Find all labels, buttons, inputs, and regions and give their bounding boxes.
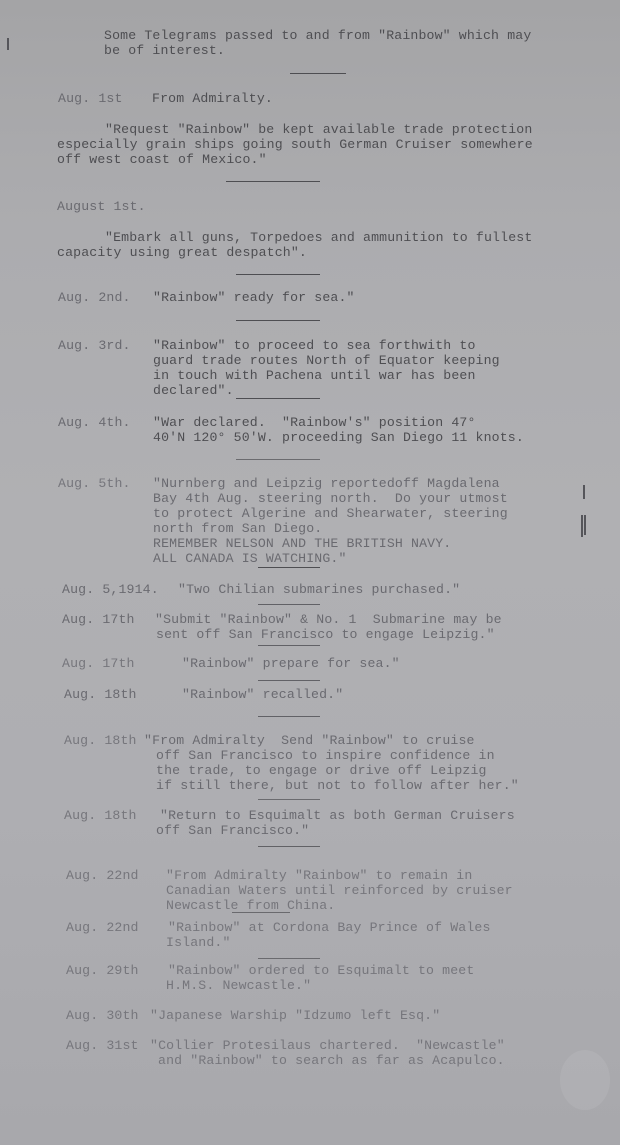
entry-text: to protect Algerine and Shearwater, stee… xyxy=(153,506,508,522)
entry-text: 40'N 120° 50'W. proceeding San Diego 11 … xyxy=(153,430,524,446)
entry-text: "From Admiralty Send "Rainbow" to cruise xyxy=(144,733,475,749)
entry-text: north from San Diego. xyxy=(153,521,322,537)
entry-text: Bay 4th Aug. steering north. Do your utm… xyxy=(153,491,508,507)
entry-text: "Japanese Warship "Idzumo left Esq." xyxy=(150,1008,440,1024)
divider xyxy=(258,799,320,800)
intro-line: Some Telegrams passed to and from "Rainb… xyxy=(104,28,531,44)
entry-text: declared". xyxy=(153,383,234,399)
entry-date: Aug. 30th xyxy=(66,1008,139,1024)
entry-text: From Admiralty. xyxy=(152,91,273,107)
entry-text: guard trade routes North of Equator keep… xyxy=(153,353,500,369)
divider xyxy=(226,181,320,182)
divider xyxy=(232,912,290,913)
entry-text: especially grain ships going south Germa… xyxy=(57,137,533,153)
divider xyxy=(236,320,320,321)
entry-text: "From Admiralty "Rainbow" to remain in xyxy=(166,868,472,884)
entry-text: if still there, but not to follow after … xyxy=(156,778,519,794)
entry-text: "Return to Esquimalt as both German Crui… xyxy=(160,808,515,824)
divider xyxy=(258,604,320,605)
typewritten-page: Some Telegrams passed to and from "Rainb… xyxy=(0,0,620,1145)
entry-text: "Rainbow" ordered to Esquimalt to meet xyxy=(168,963,474,979)
entry-text: Island." xyxy=(166,935,231,951)
intro-line: be of interest. xyxy=(104,43,225,59)
entry-text: off San Francisco to inspire confidence … xyxy=(156,748,495,764)
entry-text: REMEMBER NELSON AND THE BRITISH NAVY. xyxy=(153,536,451,552)
paper-blemish xyxy=(560,1050,610,1110)
entry-text: sent off San Francisco to engage Leipzig… xyxy=(156,627,495,643)
entry-date: Aug. 22nd xyxy=(66,920,139,936)
entry-text: off San Francisco." xyxy=(156,823,309,839)
entry-text: Canadian Waters until reinforced by crui… xyxy=(166,883,513,899)
divider xyxy=(258,716,320,717)
entry-date: Aug. 2nd. xyxy=(58,290,131,306)
divider xyxy=(236,459,320,460)
entry-text: "Rainbow" prepare for sea." xyxy=(182,656,400,672)
entry-text: "Two Chilian submarines purchased." xyxy=(178,582,460,598)
entry-text: in touch with Pachena until war has been xyxy=(153,368,476,384)
entry-text: "Rainbow" ready for sea." xyxy=(153,290,355,306)
entry-text: "Collier Protesilaus chartered. "Newcast… xyxy=(150,1038,505,1054)
entry-date: Aug. 22nd xyxy=(66,868,139,884)
divider xyxy=(290,73,346,74)
entry-date: Aug. 18th xyxy=(64,687,137,703)
entry-text: the trade, to engage or drive off Leipzi… xyxy=(156,763,487,779)
entry-text: "Nurnberg and Leipzig reportedoff Magdal… xyxy=(153,476,500,492)
divider xyxy=(258,958,320,959)
margin-mark xyxy=(583,485,585,499)
entry-text: "Rainbow" to proceed to sea forthwith to xyxy=(153,338,476,354)
entry-text: capacity using great despatch". xyxy=(57,245,307,261)
entry-text: "Rainbow" recalled." xyxy=(182,687,343,703)
entry-text: "Request "Rainbow" be kept available tra… xyxy=(105,122,532,138)
margin-mark xyxy=(581,515,583,537)
entry-date: Aug. 5,1914. xyxy=(62,582,159,598)
entry-date: Aug. 31st xyxy=(66,1038,139,1054)
entry-date: Aug. 17th xyxy=(62,656,135,672)
entry-text: "Submit "Rainbow" & No. 1 Submarine may … xyxy=(155,612,502,628)
margin-mark xyxy=(584,515,586,535)
entry-text: H.M.S. Newcastle." xyxy=(166,978,311,994)
entry-date: Aug. 17th xyxy=(62,612,135,628)
entry-date: Aug. 18th xyxy=(64,808,137,824)
entry-date: Aug. 29th xyxy=(66,963,139,979)
divider xyxy=(258,645,320,646)
entry-text: "Embark all guns, Torpedoes and ammuniti… xyxy=(105,230,532,246)
entry-date: Aug. 3rd. xyxy=(58,338,131,354)
divider xyxy=(236,398,320,399)
entry-date: August 1st. xyxy=(57,199,146,215)
divider xyxy=(258,680,320,681)
entry-text: ALL CANADA IS WATCHING." xyxy=(153,551,347,567)
entry-text: "War declared. "Rainbow's" position 47° xyxy=(153,415,476,431)
divider xyxy=(236,274,320,275)
entry-text: "Rainbow" at Cordona Bay Prince of Wales xyxy=(168,920,491,936)
entry-date: Aug. 4th. xyxy=(58,415,131,431)
entry-text: off west coast of Mexico." xyxy=(57,152,267,168)
margin-mark xyxy=(7,38,9,50)
divider xyxy=(258,567,320,568)
entry-date: Aug. 1st xyxy=(58,91,123,107)
divider xyxy=(258,846,320,847)
entry-text: and "Rainbow" to search as far as Acapul… xyxy=(158,1053,505,1069)
entry-date: Aug. 18th xyxy=(64,733,137,749)
entry-date: Aug. 5th. xyxy=(58,476,131,492)
